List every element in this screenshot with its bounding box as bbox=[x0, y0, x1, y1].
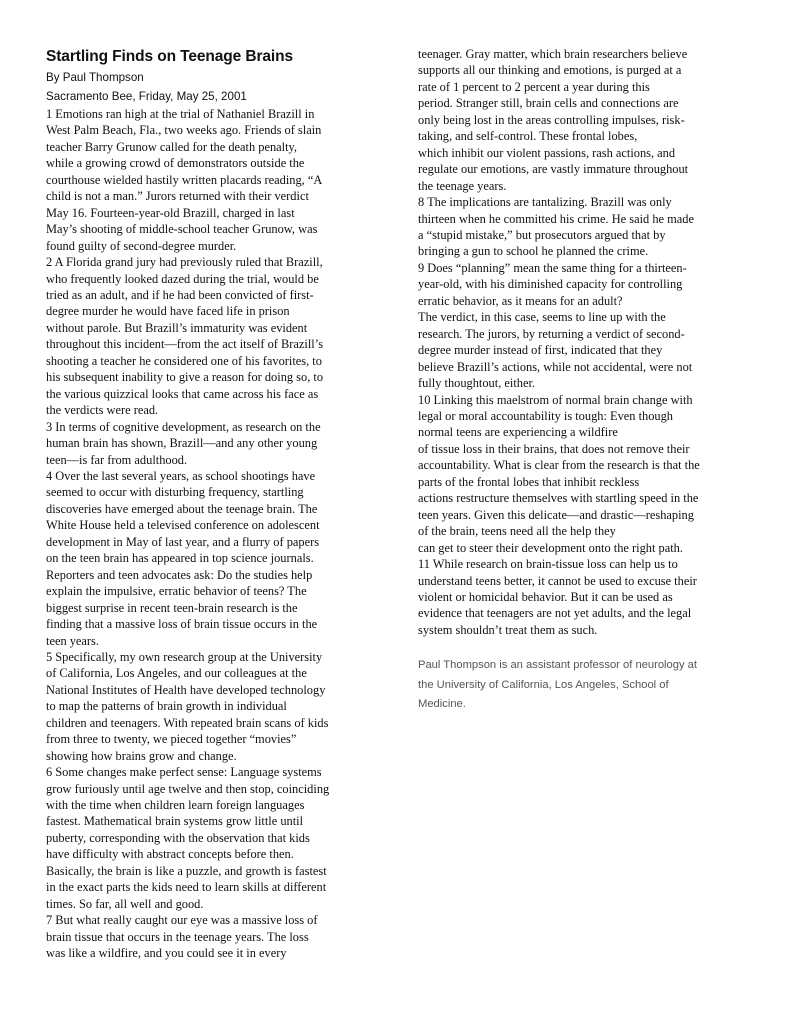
bio-line: the University of California, Los Angele… bbox=[418, 676, 758, 696]
source-line: Sacramento Bee, Friday, May 25, 2001 bbox=[46, 87, 386, 106]
text-line: fastest. Mathematical brain systems grow… bbox=[46, 813, 386, 829]
right-column: teenager. Gray matter, which brain resea… bbox=[418, 46, 758, 715]
text-line: teen—is far from adulthood. bbox=[46, 452, 386, 468]
text-line: 6 Some changes make perfect sense: Langu… bbox=[46, 764, 386, 780]
text-line: found guilty of second-degree murder. bbox=[46, 238, 386, 254]
text-line: rate of 1 percent to 2 percent a year du… bbox=[418, 79, 758, 95]
text-line: erratic behavior, as it means for an adu… bbox=[418, 293, 758, 309]
text-line: West Palm Beach, Fla., two weeks ago. Fr… bbox=[46, 122, 386, 138]
text-line: biggest surprise in recent teen-brain re… bbox=[46, 600, 386, 616]
text-line: shooting a teacher he considered one of … bbox=[46, 353, 386, 369]
text-line: of tissue loss in their brains, that doe… bbox=[418, 441, 758, 457]
text-line: 8 The implications are tantalizing. Braz… bbox=[418, 194, 758, 210]
text-line: 2 A Florida grand jury had previously ru… bbox=[46, 254, 386, 270]
text-line: teacher Barry Grunow called for the deat… bbox=[46, 139, 386, 155]
text-line: year-old, with his diminished capacity f… bbox=[418, 276, 758, 292]
text-line: explain the impulsive, erratic behavior … bbox=[46, 583, 386, 599]
text-line: teen years. bbox=[46, 633, 386, 649]
text-line: thirteen when he committed his crime. He… bbox=[418, 211, 758, 227]
left-body-text: 1 Emotions ran high at the trial of Nath… bbox=[46, 106, 386, 962]
text-line: seemed to occur with disturbing frequenc… bbox=[46, 484, 386, 500]
text-line: have difficulty with abstract concepts b… bbox=[46, 846, 386, 862]
text-line: to map the patterns of brain growth in i… bbox=[46, 698, 386, 714]
text-line: child is not a man.” Jurors returned wit… bbox=[46, 188, 386, 204]
document-page: Startling Finds on Teenage Brains By Pau… bbox=[0, 0, 791, 1024]
text-line: brain tissue that occurs in the teenage … bbox=[46, 929, 386, 945]
text-line: human brain has shown, Brazill—and any o… bbox=[46, 435, 386, 451]
text-line: May 16. Fourteen-year-old Brazill, charg… bbox=[46, 205, 386, 221]
text-line: puberty, corresponding with the observat… bbox=[46, 830, 386, 846]
text-line: normal teens are experiencing a wildfire bbox=[418, 424, 758, 440]
text-line: discoveries have emerged about the teena… bbox=[46, 501, 386, 517]
text-line: his subsequent inability to give a reaso… bbox=[46, 369, 386, 385]
text-line: research. The jurors, by returning a ver… bbox=[418, 326, 758, 342]
text-line: bringing a gun to school he planned the … bbox=[418, 243, 758, 259]
text-line: taking, and self-control. These frontal … bbox=[418, 128, 758, 144]
text-line: the various quizzical looks that came ac… bbox=[46, 386, 386, 402]
right-body-text: teenager. Gray matter, which brain resea… bbox=[418, 46, 758, 638]
article-title: Startling Finds on Teenage Brains bbox=[46, 46, 386, 68]
text-line: which inhibit our violent passions, rash… bbox=[418, 145, 758, 161]
text-line: can get to steer their development onto … bbox=[418, 540, 758, 556]
text-line: on the teen brain has appeared in top sc… bbox=[46, 550, 386, 566]
text-line: period. Stranger still, brain cells and … bbox=[418, 95, 758, 111]
text-line: degree murder instead of first, indicate… bbox=[418, 342, 758, 358]
bio-line: Medicine. bbox=[418, 695, 758, 715]
text-line: only being lost in the areas controlling… bbox=[418, 112, 758, 128]
text-line: teenager. Gray matter, which brain resea… bbox=[418, 46, 758, 62]
text-line: children and teenagers. With repeated br… bbox=[46, 715, 386, 731]
text-line: regulate our emotions, are vastly immatu… bbox=[418, 161, 758, 177]
text-line: grow furiously until age twelve and then… bbox=[46, 781, 386, 797]
text-line: understand teens better, it cannot be us… bbox=[418, 573, 758, 589]
text-line: of California, Los Angeles, and our coll… bbox=[46, 665, 386, 681]
text-line: Basically, the brain is like a puzzle, a… bbox=[46, 863, 386, 879]
text-line: believe Brazill’s actions, while not acc… bbox=[418, 359, 758, 375]
text-line: finding that a massive loss of brain tis… bbox=[46, 616, 386, 632]
text-line: supports all our thinking and emotions, … bbox=[418, 62, 758, 78]
text-line: the verdicts were read. bbox=[46, 402, 386, 418]
text-line: 10 Linking this maelstrom of normal brai… bbox=[418, 392, 758, 408]
text-line: 3 In terms of cognitive development, as … bbox=[46, 419, 386, 435]
text-line: a “stupid mistake,” but prosecutors argu… bbox=[418, 227, 758, 243]
text-line: development in May of last year, and a f… bbox=[46, 534, 386, 550]
text-line: of the brain, teens need all the help th… bbox=[418, 523, 758, 539]
text-line: parts of the frontal lobes that inhibit … bbox=[418, 474, 758, 490]
text-line: in the exact parts the kids need to lear… bbox=[46, 879, 386, 895]
text-line: with the time when children learn foreig… bbox=[46, 797, 386, 813]
text-line: courthouse wielded hastily written placa… bbox=[46, 172, 386, 188]
text-line: actions restructure themselves with star… bbox=[418, 490, 758, 506]
text-line: Reporters and teen advocates ask: Do the… bbox=[46, 567, 386, 583]
byline: By Paul Thompson bbox=[46, 68, 386, 87]
text-line: 1 Emotions ran high at the trial of Nath… bbox=[46, 106, 386, 122]
text-line: degree murder he would have faced life i… bbox=[46, 303, 386, 319]
text-line: May’s shooting of middle-school teacher … bbox=[46, 221, 386, 237]
text-line: teen years. Given this delicate—and dras… bbox=[418, 507, 758, 523]
text-line: from three to twenty, we pieced together… bbox=[46, 731, 386, 747]
text-line: while a growing crowd of demonstrators o… bbox=[46, 155, 386, 171]
text-line: accountability. What is clear from the r… bbox=[418, 457, 758, 473]
text-line: evidence that teenagers are not yet adul… bbox=[418, 605, 758, 621]
bio-line: Paul Thompson is an assistant professor … bbox=[418, 656, 758, 676]
left-column: Startling Finds on Teenage Brains By Pau… bbox=[46, 46, 386, 962]
text-line: 11 While research on brain-tissue loss c… bbox=[418, 556, 758, 572]
text-line: times. So far, all well and good. bbox=[46, 896, 386, 912]
text-line: The verdict, in this case, seems to line… bbox=[418, 309, 758, 325]
author-bio: Paul Thompson is an assistant professor … bbox=[418, 656, 758, 715]
text-line: without parole. But Brazill’s immaturity… bbox=[46, 320, 386, 336]
text-line: fully thoughtout, either. bbox=[418, 375, 758, 391]
text-line: violent or homicidal behavior. But it ca… bbox=[418, 589, 758, 605]
text-line: 7 But what really caught our eye was a m… bbox=[46, 912, 386, 928]
text-line: 5 Specifically, my own research group at… bbox=[46, 649, 386, 665]
text-line: legal or moral accountability is tough: … bbox=[418, 408, 758, 424]
text-line: tried as an adult, and if he had been co… bbox=[46, 287, 386, 303]
text-line: White House held a televised conference … bbox=[46, 517, 386, 533]
text-line: throughout this incident—from the act it… bbox=[46, 336, 386, 352]
text-line: system shouldn’t treat them as such. bbox=[418, 622, 758, 638]
text-line: was like a wildfire, and you could see i… bbox=[46, 945, 386, 961]
text-line: 4 Over the last several years, as school… bbox=[46, 468, 386, 484]
text-line: 9 Does “planning” mean the same thing fo… bbox=[418, 260, 758, 276]
text-line: the teenage years. bbox=[418, 178, 758, 194]
text-line: who frequently looked dazed during the t… bbox=[46, 271, 386, 287]
text-line: National Institutes of Health have devel… bbox=[46, 682, 386, 698]
text-line: showing how brains grow and change. bbox=[46, 748, 386, 764]
